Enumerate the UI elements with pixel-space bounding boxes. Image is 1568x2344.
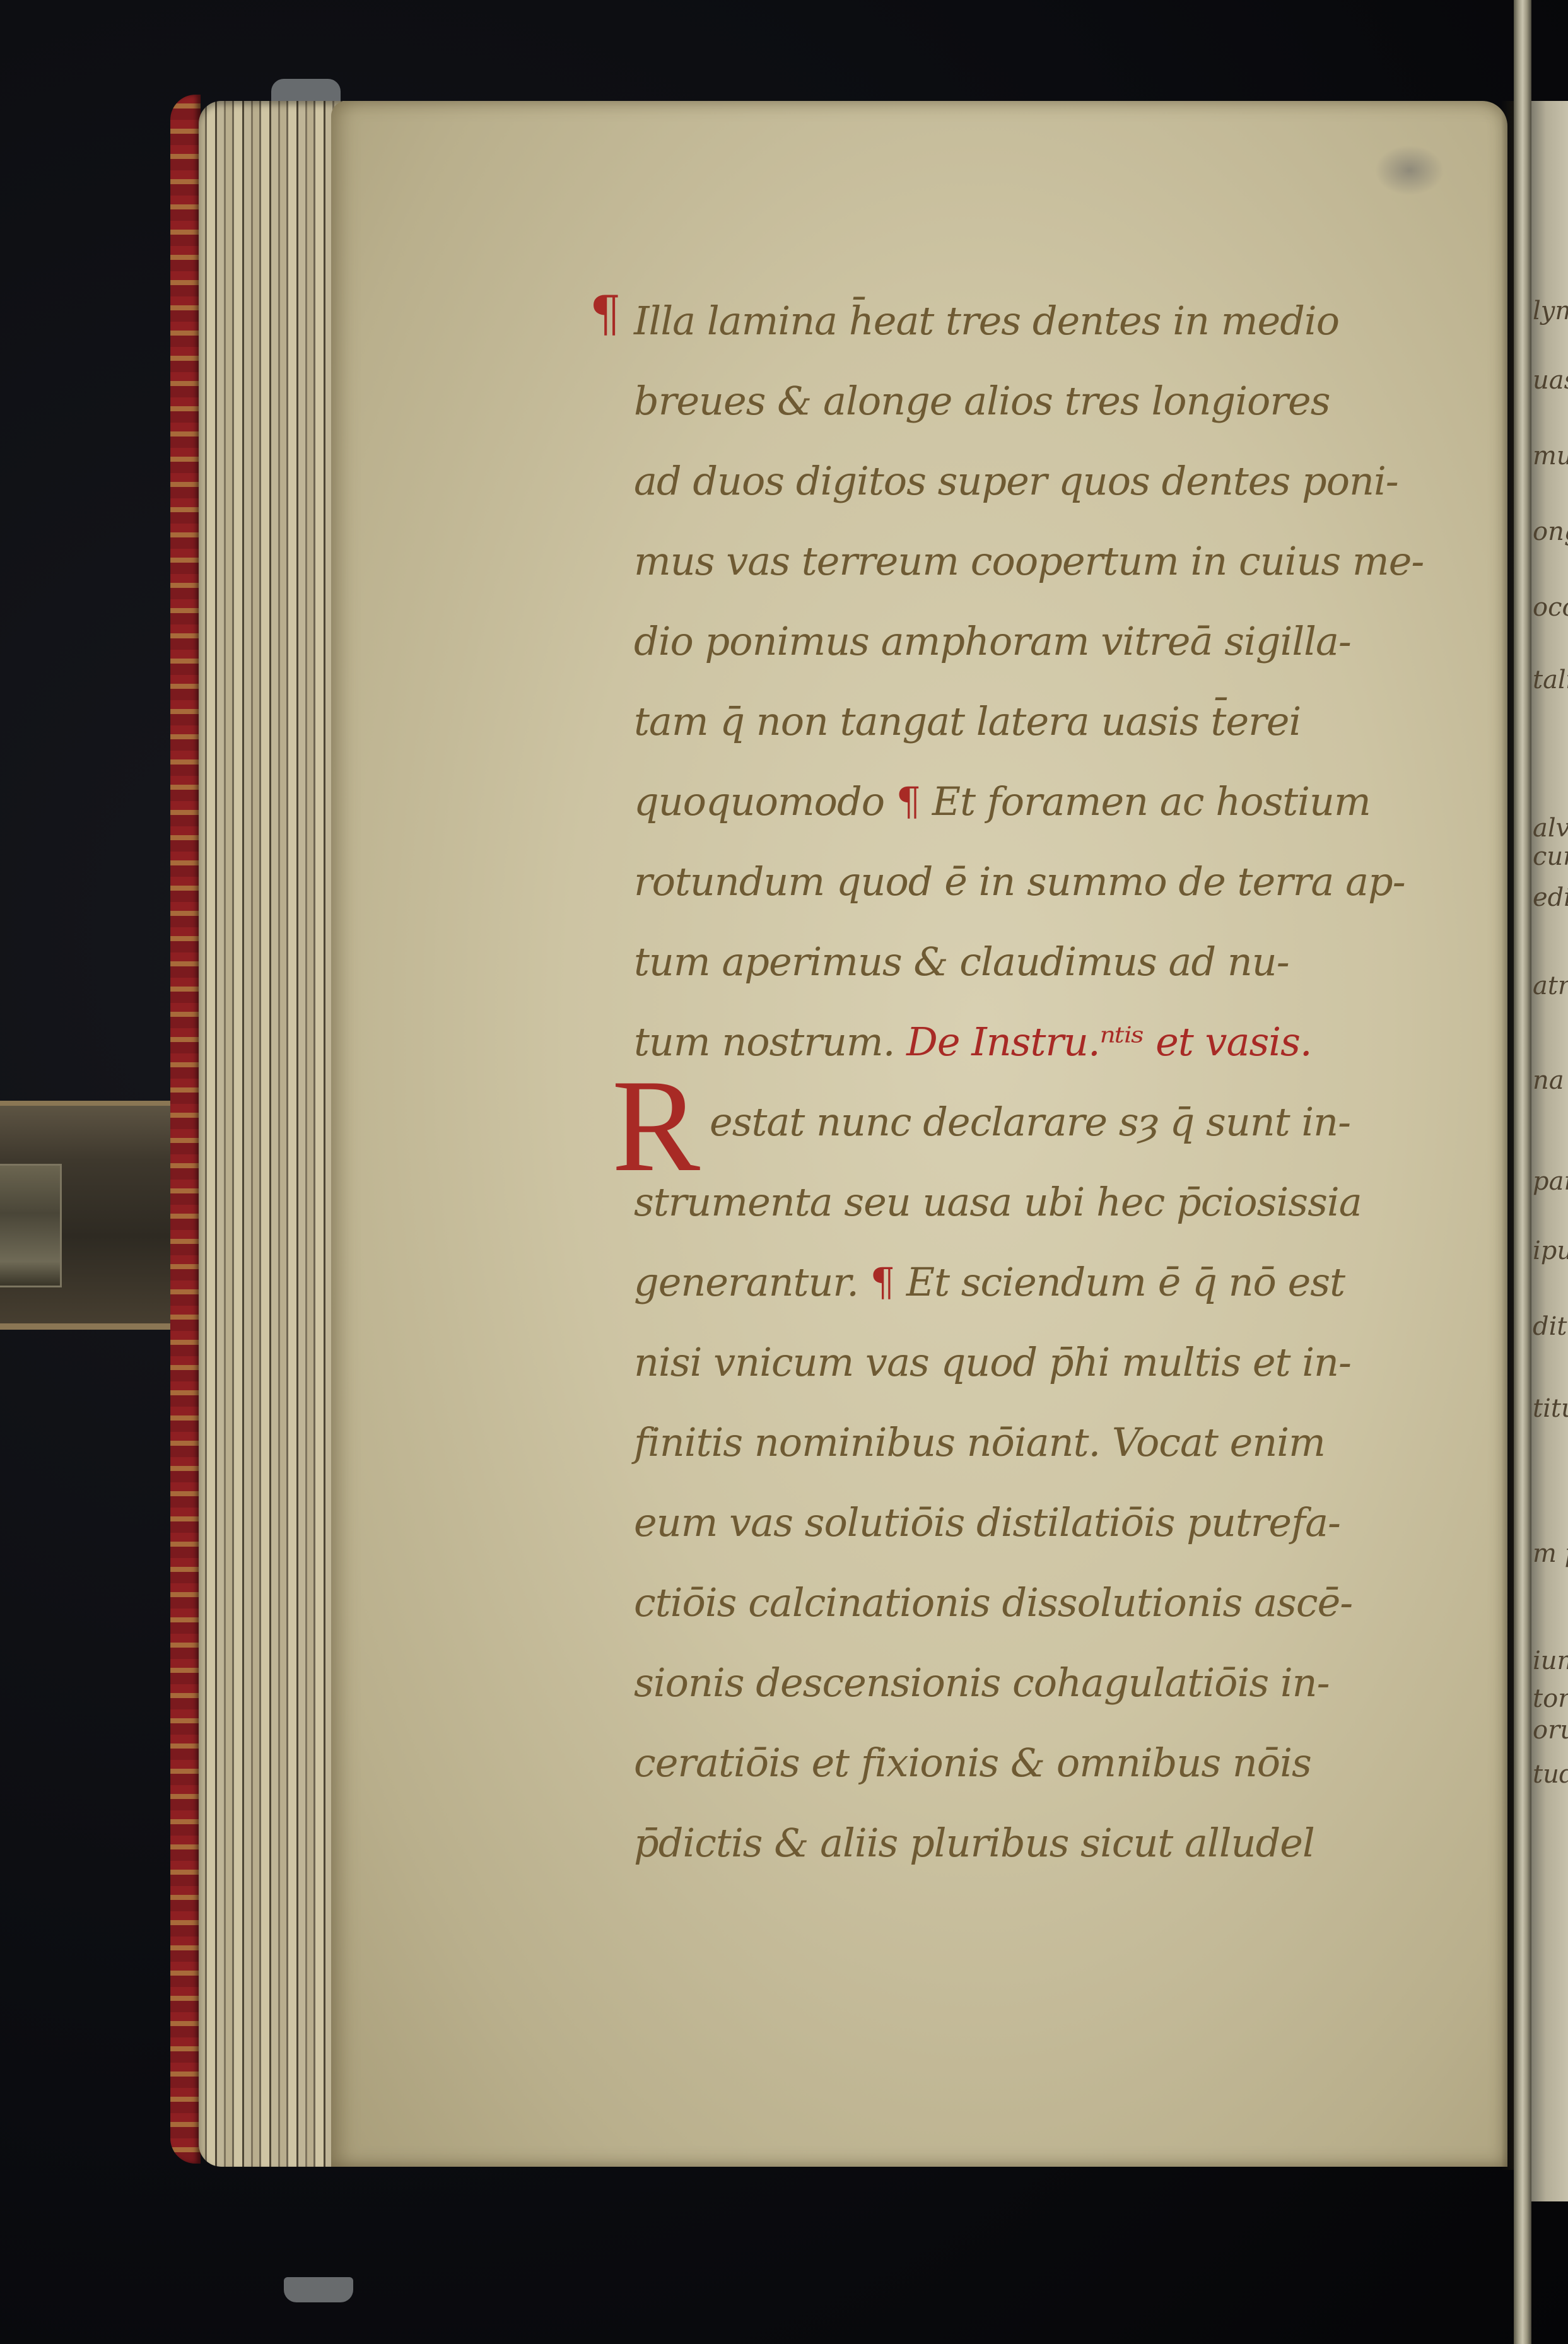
text-line: ceratiōis et fixionis & omnibus nōis [634,1723,1454,1803]
text-line: eum vas solutiōis distilatiōis putrefa- [634,1482,1454,1562]
glass-weight-bar [1514,0,1531,2344]
text-line: ctiōis calcinationis dissolutionis ascē- [634,1562,1454,1643]
text-line: tum aperimus & claudimus ad nu- [634,922,1454,1002]
paragraph-mark: ¶ [896,778,920,824]
text-line: R estat nunc declarare sȝ q̄ sunt in- [634,1082,1454,1162]
text-line: nisi vnicum vas quod p̄hi multis et in- [634,1322,1454,1402]
text-line: dio ponimus amphoram vitreā sigilla- [634,601,1454,681]
text-line: generantur. ¶ Et sciendum ē q̄ nō est [634,1242,1454,1322]
text-line: finitis nominibus nōiant. Vocat enim [634,1402,1454,1482]
text-line: rotundum quod ē in summo de terra ap- [634,841,1454,922]
text-line: ad duos digitos super quos dentes poni- [634,441,1454,521]
paragraph-mark: ¶ [590,274,621,355]
text-line: breues & alonge alios tres longiores [634,361,1454,441]
paragraph-mark: ¶ [870,1259,894,1305]
gutter-shadow [1501,101,1515,2170]
text-line: ¶ Illa lamina h̄eat tres dentes in medio [634,281,1454,361]
rubric-heading: De Instru.ⁿᵗⁱˢ et vasis. [906,1019,1312,1065]
text-line: tum nostrum. De Instru.ⁿᵗⁱˢ et vasis. [634,1002,1454,1082]
facing-page-edge: lymn uas ei mult ongi occul talis e alve… [1531,101,1568,2201]
red-cover-edge [170,95,201,2164]
manuscript-text-block: ¶ Illa lamina h̄eat tres dentes in medio… [634,281,1454,1883]
page-stain [1375,145,1444,196]
text-line: tam q̄ non tangat latera uasis t̄erei [634,681,1454,761]
text-line: mus vas terreum coopertum in cuius me- [634,521,1454,601]
text-line: p̄dictis & aliis pluribus sicut alludel [634,1803,1454,1883]
text-line: quoquomodo ¶ Et foramen ac hostium [634,761,1454,841]
text-line: sionis descensionis cohagulatiōis in- [634,1643,1454,1723]
metal-corner-bottom [284,2277,353,2302]
text-line: strumenta seu uasa ubi hec p̄ciosissia [634,1162,1454,1242]
metal-clasp [0,1164,62,1287]
